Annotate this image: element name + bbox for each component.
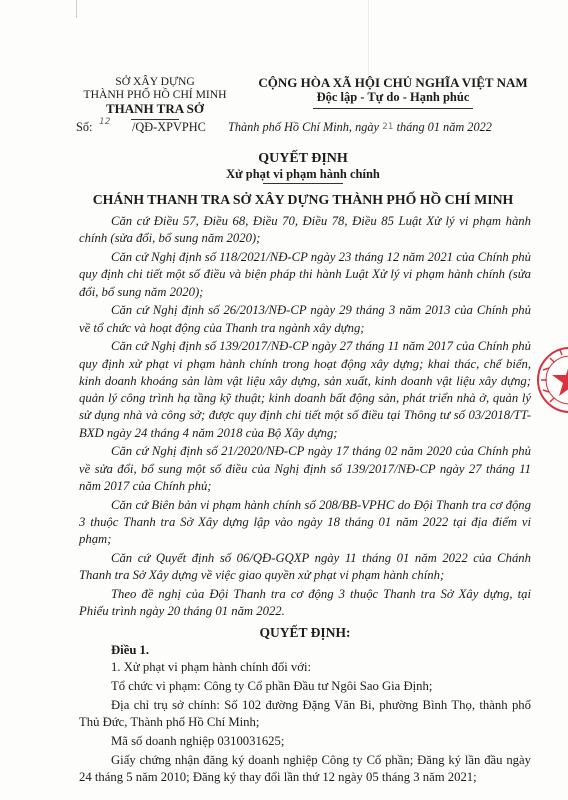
legal-ground: Căn cứ Nghị định số 26/2013/NĐ-CP ngày 2…: [79, 302, 531, 336]
agency-line-1: SỞ XÂY DỰNG: [70, 75, 240, 88]
legal-ground: Căn cứ Biên bản vi phạm hành chính số 20…: [79, 497, 531, 549]
agency-header: SỞ XÂY DỰNG THÀNH PHỐ HỒ CHÍ MINH THANH …: [70, 75, 240, 120]
date-suffix: tháng 01 năm 2022: [397, 120, 492, 134]
decision-line: Địa chỉ trụ sở chính: Số 102 đường Đặng …: [79, 697, 531, 731]
document-date: Thành phố Hồ Chí Minh, ngày 21 tháng 01 …: [228, 120, 492, 135]
decision-line: Mã số doanh nghiệp 0310031625;: [79, 733, 531, 750]
decision-line: 1. Xử phạt vi phạm hành chính đối với:: [79, 659, 531, 676]
legal-ground: Căn cứ Nghị định số 139/2017/NĐ-CP ngày …: [79, 338, 531, 441]
legal-ground: Căn cứ Điều 57, Điều 68, Điều 70, Điều 7…: [79, 213, 531, 247]
legal-ground: Căn cứ Nghị định số 21/2020/NĐ-CP ngày 1…: [79, 443, 531, 495]
article-heading: Điều 1.: [79, 642, 531, 659]
date-day-handwritten: 21: [382, 122, 393, 132]
title-block: QUYẾT ĐỊNH Xử phạt vi phạm hành chính CH…: [0, 150, 568, 208]
national-header: CỘNG HÒA XÃ HỘI CHỦ NGHĨA VIỆT NAM Độc l…: [248, 75, 538, 109]
subtitle-underline: [263, 183, 343, 184]
decision-line: Giấy chứng nhận đăng ký doanh nghiệp Côn…: [79, 752, 531, 786]
number-handwritten: 12: [99, 117, 110, 127]
nation-motto: Độc lập - Tự do - Hạnh phúc: [248, 90, 538, 105]
number-code: /QĐ-XPVPHC: [132, 120, 206, 135]
document-body: Căn cứ Điều 57, Điều 68, Điều 70, Điều 7…: [79, 213, 531, 788]
legal-ground: Căn cứ Nghị định số 118/2021/NĐ-CP ngày …: [79, 249, 531, 301]
decision-subtitle: Xử phạt vi phạm hành chính: [38, 167, 568, 182]
nation-title: CỘNG HÒA XÃ HỘI CHỦ NGHĨA VIỆT NAM: [248, 75, 538, 90]
decision-line: Tổ chức vi phạm: Công ty Cổ phần Đầu tư …: [79, 678, 531, 695]
number-label: Số:: [76, 120, 92, 135]
document-page: SỞ XÂY DỰNG THÀNH PHỐ HỒ CHÍ MINH THANH …: [0, 0, 568, 800]
legal-ground: Căn cứ Quyết định số 06/QĐ-GQXP ngày 11 …: [79, 550, 531, 584]
official-seal-icon: [535, 340, 568, 420]
date-prefix: Thành phố Hồ Chí Minh, ngày: [228, 120, 379, 134]
motto-underline: [313, 108, 473, 109]
decision-heading: QUYẾT ĐỊNH:: [79, 624, 531, 641]
agency-line-2: THÀNH PHỐ HỒ CHÍ MINH: [70, 88, 240, 101]
issuer-title: CHÁNH THANH TRA SỞ XÂY DỰNG THÀNH PHỐ HỒ…: [38, 191, 568, 208]
scan-artifact: [76, 0, 77, 18]
legal-ground: Theo đề nghị của Đội Thanh tra cơ động 3…: [79, 586, 531, 620]
decision-title: QUYẾT ĐỊNH: [38, 150, 568, 167]
agency-line-3: THANH TRA SỞ: [70, 101, 240, 117]
